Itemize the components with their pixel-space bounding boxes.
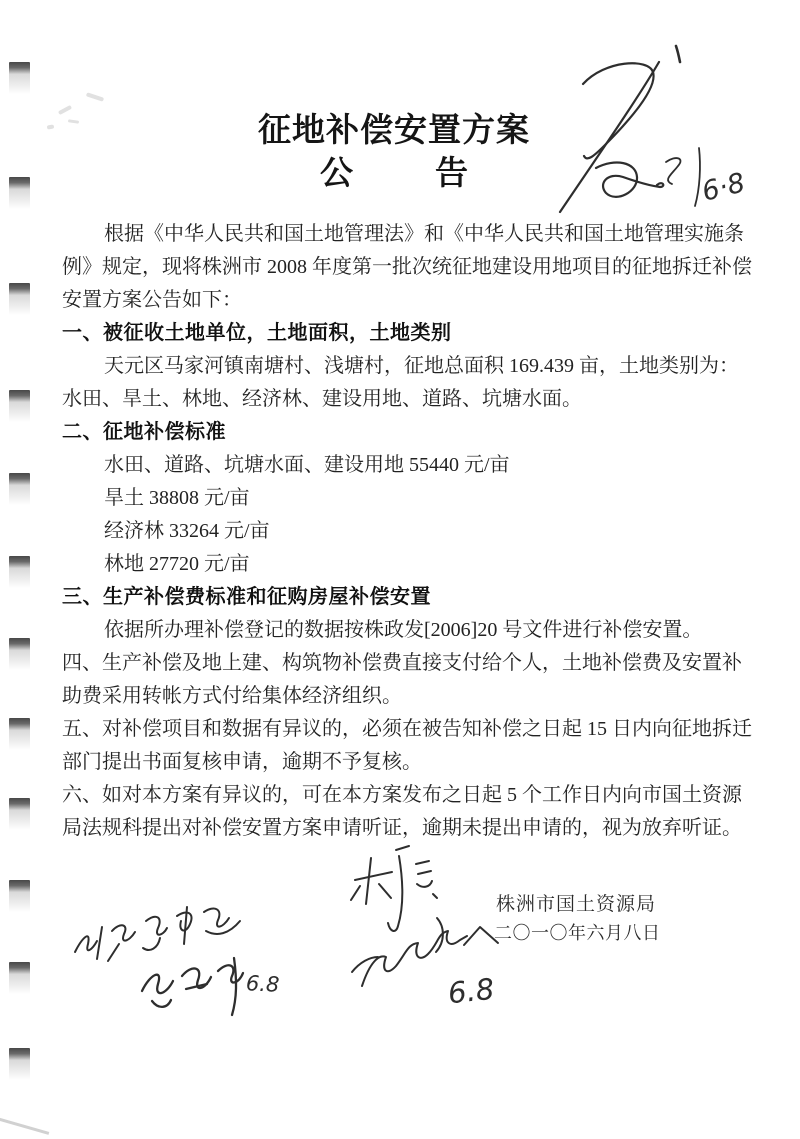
text-line: 助费采用转帐方式付给集体经济组织。 <box>62 680 754 713</box>
handwritten-signer-signature <box>142 958 243 1015</box>
text-line: 四、生产补偿及地上建、构筑物补偿费直接支付给个人，土地补偿费及安置补 <box>62 647 754 680</box>
subtitle-char-right: 告 <box>435 156 468 192</box>
binder-hole-mark <box>9 798 30 836</box>
binder-hole-mark <box>9 1048 30 1086</box>
handwritten-review-note <box>75 907 240 961</box>
document-subtitle: 公告 <box>0 147 788 194</box>
text-line: 水田、旱土、林地、经济林、建设用地、道路、坑塘水面。 <box>62 383 754 416</box>
text-line: 经济林 33264 元/亩 <box>62 515 754 548</box>
binder-hole-mark <box>9 283 30 321</box>
handwritten-caret-mark <box>436 918 498 952</box>
issuing-organization: 株洲市国土资源局 <box>496 889 656 916</box>
binder-hole-mark <box>9 556 30 594</box>
binder-hole-mark <box>9 718 30 756</box>
text-line: 局法规科提出对补偿安置方案申请听证，逾期未提出申请的，视为放弃听证。 <box>62 812 754 845</box>
text-line: 六、如对本方案有异议的，可在本方案发布之日起 5 个工作日内向市国土资源 <box>62 779 754 812</box>
handwritten-date-middle: 6.8 <box>446 972 495 1011</box>
text-line: 天元区马家河镇南塘村、浅塘村，征地总面积 169.439 亩，土地类别为： <box>62 350 754 383</box>
binder-hole-mark <box>9 880 30 918</box>
text-line: 根据《中华人民共和国土地管理法》和《中华人民共和国土地管理实施条 <box>62 218 754 251</box>
text-line: 旱土 38808 元/亩 <box>62 482 754 515</box>
scanned-document-page: 征地补偿安置方案 公告 根据《中华人民共和国土地管理法》和《中华人民共和国土地管… <box>0 0 800 1139</box>
handwritten-approval-note <box>351 846 467 986</box>
document-body: 根据《中华人民共和国土地管理法》和《中华人民共和国土地管理实施条例》规定，现将株… <box>62 218 754 845</box>
binder-hole-mark <box>9 62 30 100</box>
issue-date: 二〇一〇年六月八日 <box>494 919 661 945</box>
binder-hole-mark <box>9 962 30 1000</box>
subtitle-char-left: 公 <box>320 156 353 192</box>
binder-hole-mark <box>9 390 30 428</box>
handwritten-date-bottom-left: 6.8 <box>245 971 280 997</box>
scan-corner-streak <box>0 1116 49 1135</box>
binder-hole-mark <box>9 638 30 676</box>
text-line: 例》规定，现将株洲市 2008 年度第一批次统征地建设用地项目的征地拆迁补偿 <box>62 251 754 284</box>
text-line: 依据所办理补偿登记的数据按株政发[2006]20 号文件进行补偿安置。 <box>62 614 754 647</box>
text-line: 一、被征收土地单位，土地面积，土地类别 <box>62 317 754 350</box>
document-title: 征地补偿安置方案 <box>0 104 788 151</box>
text-line: 三、生产补偿费标准和征购房屋补偿安置 <box>62 581 754 614</box>
text-line: 五、对补偿项目和数据有异议的，必须在被告知补偿之日起 15 日内向征地拆迁 <box>62 713 754 746</box>
text-line: 林地 27720 元/亩 <box>62 548 754 581</box>
scan-smudge <box>86 92 104 101</box>
binder-hole-mark <box>9 473 30 511</box>
text-line: 安置方案公告如下： <box>62 284 754 317</box>
text-line: 水田、道路、坑塘水面、建设用地 55440 元/亩 <box>62 449 754 482</box>
text-line: 部门提出书面复核申请，逾期不予复核。 <box>62 746 754 779</box>
text-line: 二、征地补偿标准 <box>62 416 754 449</box>
